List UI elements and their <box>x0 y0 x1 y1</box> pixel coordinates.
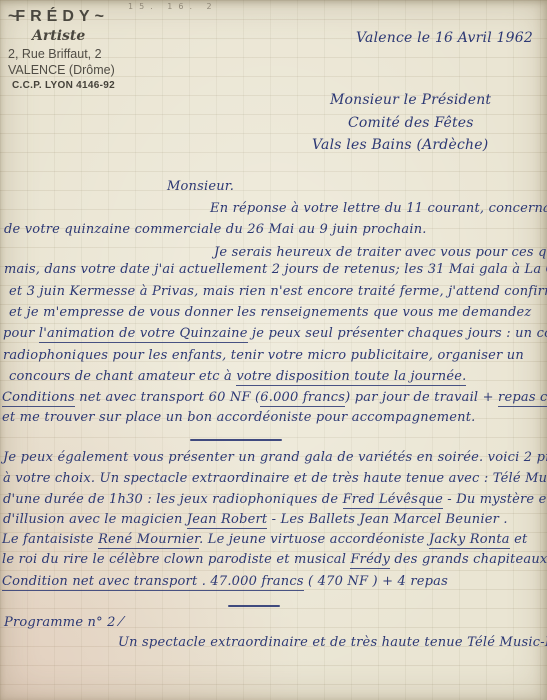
body-line: radiophoniques pour les enfants, tenir v… <box>3 347 524 364</box>
underlined-run: Conditions <box>2 390 75 407</box>
text-run: - Du mystère et de <box>443 492 547 507</box>
text-run: ( 470 NF ) + 4 repas <box>304 574 448 589</box>
body-line: et je m'empresse de vous donner les rens… <box>9 304 531 321</box>
body-line: Je serais heureux de traiter avec vous p… <box>214 244 547 261</box>
recipient-line-2: Comité des Fêtes <box>348 115 474 132</box>
text-run: le roi du rire le célèbre clown parodist… <box>2 552 350 567</box>
underlined-run: Jacky Ronta <box>429 532 510 549</box>
artist-name: FRÉDY <box>15 8 94 25</box>
body-line: mais, dans votre date j'ai actuellement … <box>4 261 547 278</box>
body-line: Conditions net avec transport 60 NF (6.0… <box>2 389 547 406</box>
underlined-run: l'animation de votre Quinzaine <box>39 326 248 343</box>
text-run: des grands chapiteaux européens <box>390 552 547 567</box>
text-run: net avec transport 60 NF ( <box>75 390 260 405</box>
text-run: . Le jeune virtuose accordéoniste <box>199 532 429 547</box>
text-run: et <box>510 532 528 547</box>
body-line: le roi du rire le célèbre clown parodist… <box>2 551 547 568</box>
text-run: pour <box>3 326 39 341</box>
body-line: Un spectacle extraordinaire et de très h… <box>118 634 547 651</box>
underlined-run: Condition net avec transport . 47.000 fr… <box>2 574 304 591</box>
body-line: concours de chant amateur etc à votre di… <box>9 368 466 385</box>
section-divider <box>228 605 280 607</box>
underlined-run: Frédy <box>350 552 390 569</box>
underlined-run: votre disposition toute la journée. <box>236 369 466 386</box>
underlined-run: Jean Robert <box>187 512 267 529</box>
underlined-run: repas chambre <box>498 390 547 407</box>
text-run: Le fantaisiste <box>2 532 98 547</box>
underlined-run: Fred Lévêsque <box>343 492 443 509</box>
text-run: d'une durée de 1h30 : les jeux radiophon… <box>3 492 343 507</box>
date-line: Valence le 16 Avril 1962 <box>356 30 533 47</box>
recipient-line-1: Monsieur le Président <box>330 92 491 109</box>
squiggle-ornament-right: ~ <box>95 8 102 25</box>
body-line: En réponse à votre lettre du 11 courant,… <box>210 200 547 217</box>
body-line: pour l'animation de votre Quinzaine je p… <box>3 325 547 342</box>
text-run: concours de chant amateur etc à <box>9 369 236 384</box>
program-2-heading: Programme n° 2 ⁄ <box>4 614 122 631</box>
letterhead-name: ~FRÉDY~ <box>8 8 115 26</box>
letterhead-title: Artiste <box>32 28 115 44</box>
text-run: Programme n° 2 <box>4 615 116 630</box>
body-line: et me trouver sur place un bon accordéon… <box>2 409 475 426</box>
recipient-line-3: Vals les Bains (Ardèche) <box>312 137 488 154</box>
text-run: ) par jour de travail + <box>345 390 498 405</box>
body-line: Le fantaisiste René Mournier. Le jeune v… <box>2 531 527 548</box>
letterhead: ~FRÉDY~ Artiste 2, Rue Briffaut, 2 VALEN… <box>8 8 115 91</box>
text-run: d'illusion avec le magicien <box>3 512 187 527</box>
body-line: et 3 juin Kermesse à Privas, mais rien n… <box>9 283 547 300</box>
underlined-run: 6.000 francs <box>260 390 345 407</box>
body-line: de votre quinzaine commerciale du 26 Mai… <box>4 221 427 238</box>
pencil-annotation: 15. 16. 2 <box>128 2 218 11</box>
body-line: Je peux également vous présenter un gran… <box>3 449 547 466</box>
salutation: Monsieur. <box>167 178 234 195</box>
body-line: à votre choix. Un spectacle extraordinai… <box>3 470 547 487</box>
text-run: je peux seul présenter chaques jours : u… <box>248 326 547 341</box>
body-line: Condition net avec transport . 47.000 fr… <box>2 573 448 590</box>
letterhead-address-street: 2, Rue Briffaut, 2 <box>8 47 115 61</box>
letterhead-ccp: C.C.P. LYON 4146-92 <box>12 80 115 91</box>
section-divider <box>190 439 282 441</box>
body-line: d'illusion avec le magicien Jean Robert … <box>3 511 508 528</box>
text-run: - Les Ballets Jean Marcel Beunier . <box>267 512 507 527</box>
underlined-run: René Mournier <box>98 532 199 549</box>
letterhead-address-city: VALENCE (Drôme) <box>8 63 115 77</box>
slash-mark: ⁄ <box>120 615 122 630</box>
letter-page: 15. 16. 2 ~FRÉDY~ Artiste 2, Rue Briffau… <box>0 0 547 700</box>
body-line: d'une durée de 1h30 : les jeux radiophon… <box>3 491 547 508</box>
